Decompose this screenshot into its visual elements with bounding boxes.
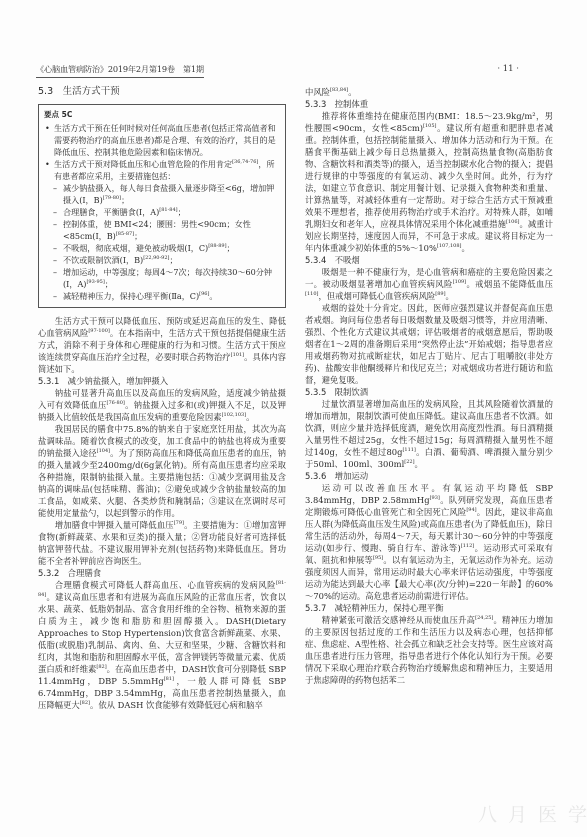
subsection-title-5-3-3: 5.3.3 控制体重 <box>305 98 553 110</box>
paragraph-alcohol: 过量饮酒显著增加高血压的发病风险，且其风险随着饮酒量的增加而增加，限制饮酒可使血… <box>305 398 553 470</box>
subsection-title-5-3-2: 5.3.2 合理膳食 <box>38 567 286 579</box>
subsection-title-5-3-4: 5.3.4 不吸烟 <box>305 254 553 266</box>
subsection-title-5-3-1: 5.3.1 减少钠盐摄入，增加钾摄入 <box>38 375 286 387</box>
key-point-item: 减轻精神压力，保持心理平衡(Ⅱa，C)[96]。 <box>44 290 280 302</box>
key-point-bullet: 生活方式干预在任何时候对任何高血压患者(包括正常高值者和需要药物治疗的高血压患者… <box>44 122 280 158</box>
citation: [96] <box>199 291 209 297</box>
paragraph-weight: 推荐将体重维持在健康范围内(BMI：18.5～23.9kg/m²，男性腰围<90… <box>305 110 553 254</box>
key-point-item: 不吸烟，彻底戒烟，避免被动吸烟(Ⅰ，C)[88-89]； <box>44 242 280 254</box>
key-points-title: 要点 5C <box>44 109 280 121</box>
citation: [22,90-92] <box>143 255 169 261</box>
key-point-item: 增加运动，中等强度；每周4～7次；每次持续30～60分钟(Ⅰ，A)[93-95]… <box>44 266 280 290</box>
watermark-logo: 八月医学 <box>478 800 587 827</box>
citation: [85-87] <box>116 231 134 237</box>
left-column: 5.3 生活方式干预 要点 5C 生活方式干预在任何时候对任何高血压患者(包括正… <box>38 86 286 711</box>
paragraph-lifestyle-intro: 生活方式干预可以降低血压、预防或延迟高血压的发生、降低心血管病风险[97-100… <box>38 315 286 375</box>
paragraph-quit-smoking: 戒烟的益处十分肯定。因此，医师应强烈建议并督促高血压患者戒烟。询问每位患者每日吸… <box>305 302 553 386</box>
key-point-item: 合理膳食，平衡膳食(Ⅰ，A)[81-84]； <box>44 206 280 218</box>
key-point-item: 控制体重，使 BMI<24；腰围：男性<90cm；女性<85cm(Ⅰ，B)[85… <box>44 218 280 242</box>
right-column: 中风险[83,84]。 5.3.3 控制体重 推荐将体重维持在健康范围内(BMI… <box>305 86 553 686</box>
paragraph-smoking: 吸烟是一种不健康行为，是心血管病和癌症的主要危险因素之一。被动吸烟显著增加心血管… <box>305 266 553 302</box>
subsection-title-5-3-7: 5.3.7 减轻精神压力，保持心理平衡 <box>305 602 553 614</box>
page-number: · 11 · <box>497 64 519 74</box>
paragraph-stress: 精神紧张可激活交感神经从而使血压升高[24,25]。精神压力增加的主要原因包括过… <box>305 614 553 686</box>
citation: [81-84] <box>159 207 177 213</box>
paragraph-diet: 合理膳食模式可降低人群高血压、心血管疾病的发病风险[81-84]。建议高血压患者… <box>38 579 286 711</box>
paragraph-potassium: 增加膳食中钾摄入量可降低血压[79]。主要措施为：①增加富钾食物(新鲜蔬菜、水果… <box>38 519 286 567</box>
paragraph-sodium: 钠盐可显著升高血压以及高血压的发病风险，适度减少钠盐摄入可有效降低血压[76-8… <box>38 387 286 423</box>
key-point-bullet: 生活方式干预对降低血压和心血管危险的作用肯定[36,74-76]，所有患者都应采… <box>44 158 280 182</box>
paragraph-exercise: 运动可以改善血压水平。有氧运动平均降低 SBP 3.84mmHg，DBP 2.5… <box>305 482 553 602</box>
key-point-item: 不饮或限制饮酒(Ⅰ，B)[22,90-92]； <box>44 254 280 266</box>
key-points-box: 要点 5C 生活方式干预在任何时候对任何高血压患者(包括正常高值者和需要药物治疗… <box>38 104 286 308</box>
citation: [36,74-76] <box>232 159 258 165</box>
key-point-item: 减少钠盐摄入，每人每日食盐摄入量逐步降至<6g，增加钾摄入(Ⅰ，B)[79-80… <box>44 182 280 206</box>
subsection-title-5-3-5: 5.3.5 限制饮酒 <box>305 386 553 398</box>
citation: [88-89] <box>208 243 226 249</box>
subsection-title-5-3-6: 5.3.6 增加运动 <box>305 470 553 482</box>
citation: [79-80] <box>103 195 121 201</box>
paragraph-sodium-sources: 我国居民的膳食中75.8%的钠来自于家庭烹饪用盐，其次为高盐调味品。随着饮食模式… <box>38 423 286 519</box>
paragraph-diet-continued: 中风险[83,84]。 <box>305 86 553 98</box>
citation: [93-95] <box>86 279 104 285</box>
journal-header: 《心脑血管病防治》2019年2月第19卷 第1期 <box>36 64 204 78</box>
section-title-5-3: 5.3 生活方式干预 <box>38 86 286 98</box>
